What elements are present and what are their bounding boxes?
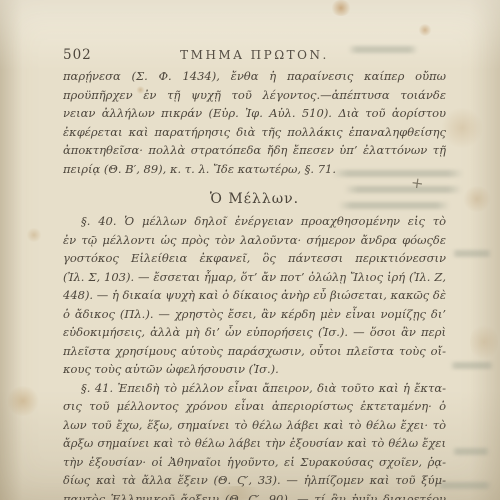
- text-line: πλεῖστα χρησίμους αὑτοὺς παράσχωσιν, οὗτ…: [63, 342, 446, 361]
- bleed-through-ghost-text: [452, 250, 492, 257]
- text-line: δίως καὶ τὰ ἄλλα ἕξειν (Θ. Ϛ′, 33). — ἠλ…: [63, 471, 446, 490]
- text-line: ἐν τῷ μέλλοντι ὡς πρὸς τὸν λαλοῦντα· σήμ…: [63, 231, 446, 250]
- text-line: προϋπῆρχεν ἐν τῇ ψυχῇ τοῦ λέγοντος.—ἀπέπ…: [63, 86, 446, 105]
- foxing-stain: [440, 108, 484, 148]
- text-column: παρῄνεσα (Σ. Φ. 1434), ἔνθα ἡ παραίνεσις…: [63, 67, 446, 500]
- foxing-stain: [462, 186, 492, 212]
- text-line: παρῄνεσα (Σ. Φ. 1434), ἔνθα ἡ παραίνεσις…: [63, 67, 446, 86]
- foxing-stain: [6, 386, 40, 416]
- text-line: §. 40. Ὁ μέλλων δηλοῖ ἐνέργειαν προαχθησ…: [63, 212, 446, 231]
- text-line: §. 41. Ἐπειδὴ τὸ μέλλον εἶναι ἄπειρον, δ…: [63, 379, 446, 398]
- pencil-mark: +: [410, 173, 425, 193]
- text-line: ἄρξω σημαίνει καὶ τὸ θέλω λάβει τὴν ἐξου…: [63, 434, 446, 453]
- text-line: ὁ ἄδικος (Πλ.). — χρηστὸς ἔσει, ἂν κέρδη…: [63, 305, 446, 324]
- text-line: ἀποκτηθεῖσα· πολλὰ στρατόπεδα ἤδη ἔπεσεν…: [63, 141, 446, 160]
- book-page: 502 ΤΜΗΜΑ ΠΡΩΤΟΝ. παρῄνεσα (Σ. Φ. 1434),…: [0, 0, 500, 500]
- text-line: κους τοὺς αὑτῶν ὠφελήσουσιν (Ἰσ.).: [63, 360, 446, 379]
- text-line: 448). — ἡ δικαία ψυχὴ καὶ ὁ δίκαιος ἀνὴρ…: [63, 286, 446, 305]
- foxing-stain: [26, 228, 42, 242]
- text-line: νειαν ἀλλήλων πικράν (Εὐρ. Ἰφ. Αὐλ. 510)…: [63, 104, 446, 123]
- text-line: παντὸς Ἑλληνικοῦ ἄρξειν (Θ. Ϛ′, 90). — τ…: [63, 490, 446, 500]
- text-line: τὴν ἐξουσίαν· οἱ Ἀθηναῖοι ἡγοῦντο, εἰ Συ…: [63, 453, 446, 472]
- text-line: λων τοῦ ἔχω, ἕξω, σημαίνει τὸ θέλω λάβει…: [63, 416, 446, 435]
- bleed-through-ghost-text: [450, 362, 494, 369]
- text-line: γοστόκος Εἰλείθεια ἐκφανεῖ, ὃς πάντεσσι …: [63, 249, 446, 268]
- text-line: (Ἰλ. Σ, 103). — ἔσσεται ἦμαρ, ὅτ’ ἄν ποτ…: [63, 268, 446, 287]
- text-line: πειρίᾳ (Θ. Β′, 89), κ. τ. λ. Ἴδε κατωτέρ…: [63, 160, 446, 179]
- running-header: ΤΜΗΜΑ ΠΡΩΤΟΝ.: [63, 48, 446, 62]
- foxing-stain: [330, 0, 352, 16]
- foxing-stain: [470, 322, 498, 362]
- text-line: ἐκφέρεται καὶ παρατήρησις διὰ τῆς πολλάκ…: [63, 123, 446, 142]
- text-line: εὐδοκιμήσεις, ἀλλὰ μὴ δι’ ὧν εὐπορήσεις …: [63, 323, 446, 342]
- foxing-stain: [418, 24, 432, 36]
- text-line: σις τοῦ μέλλοντος χρόνου εἶναι ἀπεριορίσ…: [63, 397, 446, 416]
- section-heading: Ὁ Μέλλων.: [63, 186, 446, 212]
- bleed-through-ghost-text: [452, 448, 490, 455]
